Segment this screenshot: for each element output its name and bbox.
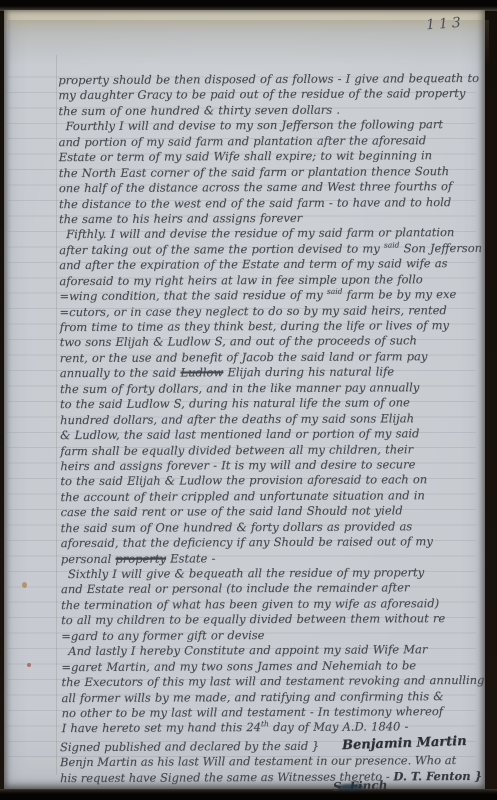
- manuscript-line: rent, or the use and benefit of Jacob th…: [60, 349, 480, 367]
- line-text: =wing condition, that the said residue o…: [59, 288, 327, 303]
- line-text: to the said Ludlow S, during his natural…: [60, 395, 410, 411]
- line-text: the termination of what has been given t…: [61, 596, 439, 612]
- line-text: day of May A.D. 1840 -: [269, 720, 409, 735]
- inserted-word: said: [327, 287, 343, 296]
- manuscript-line: I have hereto set my hand this 24th day …: [62, 719, 482, 737]
- line-text: aforesaid to my right heirs at law in fe…: [59, 272, 422, 288]
- line-text: rent, or the use and benefit of Jacob th…: [60, 349, 428, 365]
- line-text: and after the expiration of the Estate a…: [59, 256, 447, 272]
- line-text: case the said rent or use of the said la…: [61, 504, 403, 520]
- line-text: personal: [61, 551, 116, 565]
- line-text: to the said Elijah & Ludlow the provisio…: [60, 473, 427, 489]
- manuscript-line: the distance to the west end of the said…: [59, 194, 479, 212]
- line-text: after taking out of the same the portion…: [59, 241, 384, 257]
- line-text: farm be by my exe: [342, 287, 456, 302]
- line-text: Fourthly I will and devise to my son Jef…: [66, 117, 443, 133]
- line-text: two sons Elijah & Ludlow S, and out of t…: [60, 334, 417, 350]
- line-text: and Estate real or personal (to include …: [61, 581, 409, 597]
- scanned-manuscript-page: 113 property should be then disposed of …: [0, 0, 497, 800]
- line-text: the sum of forty dollars, and in the lik…: [60, 380, 419, 396]
- line-text: & Ludlow, the said last mentioned land o…: [60, 426, 419, 442]
- line-text: and portion of my said farm and plantati…: [59, 133, 427, 149]
- witness-signature-fenton: D. T. Fenton }: [393, 768, 482, 782]
- attestation-line: his request have Signed the same as Witn…: [60, 768, 480, 785]
- ink-smudge: [338, 784, 364, 790]
- line-text: Sixthly I will give & bequeath all the r…: [68, 565, 424, 581]
- line-text: property should be then disposed of as f…: [58, 71, 479, 87]
- manuscript-line: no other to be my last will and testamen…: [62, 704, 482, 722]
- manuscript-line: the sum of forty dollars, and in the lik…: [60, 380, 480, 398]
- inserted-word: th: [261, 720, 269, 729]
- manuscript-body-text: property should be then disposed of as f…: [58, 71, 481, 737]
- line-text: from time to time as they think best, du…: [60, 318, 449, 334]
- manuscript-line: And lastly I hereby Constitute and appoi…: [61, 642, 481, 660]
- manuscript-line: Sixthly I will give & bequeath all the r…: [61, 565, 481, 583]
- manuscript-line: to all my children to be equally divided…: [61, 611, 481, 629]
- line-text: heirs and assigns forever - It is my wil…: [60, 457, 415, 473]
- struck-word: Ludlow: [180, 366, 223, 380]
- scan-border-bottom: [0, 789, 497, 800]
- line-text: hundred dollars, and after the deaths of…: [60, 411, 414, 427]
- manuscript-line: aforesaid, that the deficiency if any Sh…: [61, 534, 481, 552]
- line-text: the distance to the west end of the said…: [59, 195, 451, 211]
- margin-rule: [56, 55, 57, 775]
- manuscript-line: the account of their crippled and unfort…: [60, 488, 480, 506]
- line-text: I have hereto set my hand this 24: [62, 720, 261, 735]
- line-text: the North East corner of the said farm o…: [59, 164, 449, 180]
- manuscript-line: my daughter Gracy to be paid out of the …: [58, 86, 478, 104]
- struck-word: property: [115, 551, 166, 565]
- line-text: Estate -: [166, 551, 215, 565]
- line-text: Elijah during his natural life: [223, 365, 394, 380]
- line-text: farm shall be equally divided between al…: [60, 442, 413, 458]
- line-text: annually to the said: [60, 366, 181, 381]
- line-text: the Executors of this my last will and t…: [61, 673, 484, 689]
- line-text: Fifthly. I will and devise the residue o…: [66, 225, 454, 241]
- ink-stain: [27, 663, 31, 667]
- line-text: =garet Martin, and my two sons James and…: [61, 658, 416, 674]
- line-text: to all my children to be equally divided…: [61, 611, 445, 627]
- line-text: no other to be my last will and testamen…: [62, 704, 443, 720]
- ink-stain: [22, 582, 27, 588]
- page-number: 113: [426, 15, 466, 34]
- page-top-edge-shading: [8, 20, 489, 66]
- line-text: the same to his heirs and assigns foreve…: [59, 211, 302, 226]
- line-text: one half of the distance across the same…: [59, 179, 452, 195]
- line-text: my daughter Gracy to be paid out of the …: [58, 86, 465, 102]
- line-text: Estate or term of my said Wife shall exp…: [59, 148, 432, 164]
- line-text: aforesaid, that the deficiency if any Sh…: [61, 534, 433, 550]
- line-text: all former wills by me made, and ratifyi…: [61, 689, 443, 705]
- line-text: And lastly I hereby Constitute and appoi…: [68, 642, 427, 658]
- inserted-word: said: [384, 240, 400, 249]
- line-text: =gard to any former gift or devise: [61, 628, 264, 643]
- line-text: Son Jefferson: [399, 241, 482, 255]
- line-text: =cutors, or in case they neglect to do s…: [59, 303, 446, 319]
- manuscript-line: & Ludlow, the said last mentioned land o…: [60, 426, 480, 444]
- line-text: the said sum of One hundred & forty doll…: [61, 519, 413, 535]
- line-text: the account of their crippled and unfort…: [60, 488, 424, 504]
- line-text: the sum of one hundred & thirty seven do…: [58, 103, 340, 118]
